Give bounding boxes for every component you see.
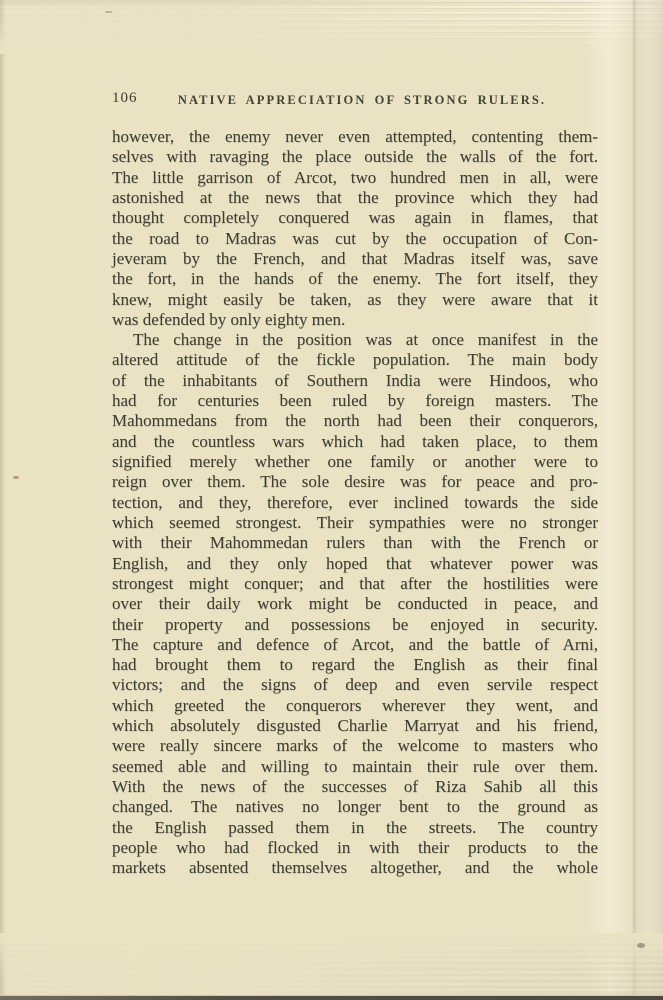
paper-speck-top: [105, 11, 112, 13]
text-line: which seemed strongest. Their sympathies…: [112, 513, 598, 533]
text-line: thought completely conquered was again i…: [112, 208, 598, 228]
text-line: altered attitude of the fickle populatio…: [112, 350, 598, 370]
text-line: With the news of the successes of Riza S…: [112, 777, 598, 797]
text-line: selves with ravaging the place outside t…: [112, 147, 598, 167]
text-line: the English passed them in the streets. …: [112, 818, 598, 838]
text-line: was defended by only eighty men.: [112, 310, 598, 330]
text-line: The change in the position was at once m…: [112, 330, 598, 350]
paper-speck-red: [13, 476, 19, 479]
page-stack-bottom-edge: [0, 933, 663, 995]
text-line: jeveram by the French, and that Madras i…: [112, 249, 598, 269]
text-line: had brought them to regard the English a…: [112, 655, 598, 675]
text-line: their property and possessions be enjoye…: [112, 615, 598, 635]
running-head: NATIVE APPRECIATION OF STRONG RULERS.: [112, 90, 598, 108]
page-number: 106: [112, 90, 138, 107]
text-line: victors; and the signs of deep and even …: [112, 675, 598, 695]
text-line: over their daily work might be conducted…: [112, 594, 598, 614]
text-line: changed. The natives no longer bent to t…: [112, 797, 598, 817]
text-line: the fort, in the hands of the enemy. The…: [112, 269, 598, 289]
text-line: The little garrison of Arcot, two hundre…: [112, 168, 598, 188]
text-line: which absolutely disgusted Charlie Marry…: [112, 716, 598, 736]
text-line: reign over them. The sole desire was for…: [112, 472, 598, 492]
text-line: which greeted the conquerors wherever th…: [112, 696, 598, 716]
text-line: with their Mahommedan rulers than with t…: [112, 533, 598, 553]
paper-speck-dark: [637, 943, 645, 948]
page-header: 106 NATIVE APPRECIATION OF STRONG RULERS…: [112, 90, 598, 108]
text-line: tection, and they, therefore, ever incli…: [112, 493, 598, 513]
text-line: English, and they only hoped that whatev…: [112, 554, 598, 574]
text-line: people who had flocked in with their pro…: [112, 838, 598, 858]
text-line: markets absented themselves altogether, …: [112, 858, 598, 878]
text-line: The capture and defence of Arcot, and th…: [112, 635, 598, 655]
scanned-book-page: 106 NATIVE APPRECIATION OF STRONG RULERS…: [0, 0, 663, 1000]
text-line: signified merely whether one family or a…: [112, 452, 598, 472]
text-line: had for centuries been ruled by foreign …: [112, 391, 598, 411]
text-line: were really sincere marks of the welcome…: [112, 736, 598, 756]
text-line: astonished at the news that the province…: [112, 188, 598, 208]
text-line: and the countless wars which had taken p…: [112, 432, 598, 452]
page-stack-top-edge: [0, 0, 663, 54]
text-line: strongest might conquer; and that after …: [112, 574, 598, 594]
text-line: knew, might easily be taken, as they wer…: [112, 290, 598, 310]
text-line: however, the enemy never even attempted,…: [112, 127, 598, 147]
text-block: however, the enemy never even attempted,…: [112, 127, 598, 879]
scan-bottom-border: [0, 995, 663, 1000]
text-line: Mahommedans from the north had been thei…: [112, 411, 598, 431]
text-line: of the inhabitants of Southern India wer…: [112, 371, 598, 391]
text-line: seemed able and willing to maintain thei…: [112, 757, 598, 777]
text-line: the road to Madras was cut by the occupa…: [112, 229, 598, 249]
